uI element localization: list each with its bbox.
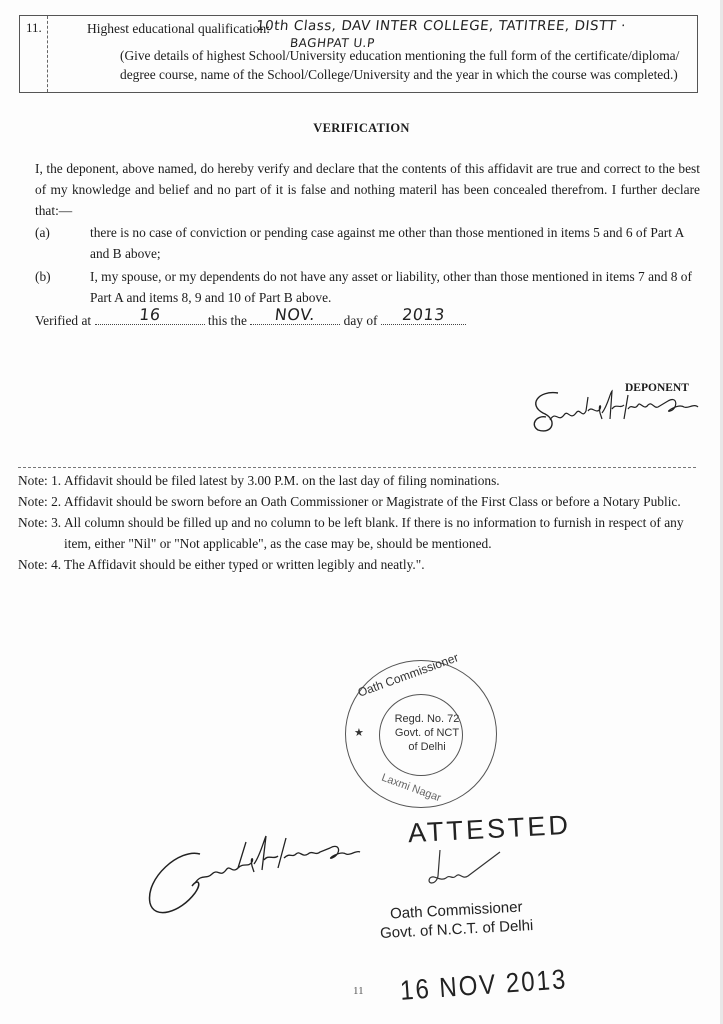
note-item: Note: 1.Affidavit should be filed latest… [18, 470, 708, 491]
clause-label: (a) [35, 222, 50, 243]
day-of-field: 2013 [381, 310, 466, 325]
this-the-field: NOV. [250, 310, 340, 325]
verification-paragraph: I, the deponent, above named, do hereby … [35, 158, 700, 221]
attested-stamp: ATTESTED [407, 810, 571, 849]
date-stamp: 16 NOV 2013 [399, 964, 568, 1008]
clause-b: (b) I, my spouse, or my dependents do no… [35, 266, 705, 308]
verified-at-value: 16 [94, 305, 206, 324]
clause-text: I, my spouse, or my dependents do not ha… [90, 266, 705, 308]
note-label: Note: 1. [18, 470, 61, 491]
notes-list: Note: 1.Affidavit should be filed latest… [18, 470, 708, 575]
clause-label: (b) [35, 266, 51, 287]
qualification-instruction: (Give details of highest School/Universi… [120, 46, 700, 84]
verified-at-label: Verified at [35, 313, 91, 328]
verification-heading: VERIFICATION [0, 121, 723, 136]
note-item: Note: 3.All column should be filled up a… [18, 512, 708, 554]
commissioner-initials [420, 848, 510, 893]
this-the-value: NOV. [249, 305, 341, 324]
note-label: Note: 4. [18, 554, 61, 575]
note-label: Note: 3. [18, 512, 61, 533]
note-item: Note: 4.The Affidavit should be either t… [18, 554, 708, 575]
clause-a: (a) there is no case of conviction or pe… [35, 222, 705, 264]
qualification-label: Highest educational qualification: [87, 21, 270, 37]
seal-inner-text: Regd. No. 72 Govt. of NCT of Delhi [382, 712, 472, 754]
note-item: Note: 2.Affidavit should be sworn before… [18, 491, 708, 512]
qualification-answer: 10th Class, DAV INTER COLLEGE, TATITREE,… [255, 18, 627, 34]
day-of-value: 2013 [380, 305, 467, 324]
deponent-signature [528, 385, 723, 440]
seal-line: Govt. of NCT [382, 726, 472, 740]
star-icon: ★ [354, 726, 364, 739]
attestation-signature [140, 828, 420, 923]
day-of-label: day of [344, 313, 378, 328]
page-number: 11 [353, 985, 364, 997]
note-text: The Affidavit should be either typed or … [64, 557, 425, 572]
note-text: Affidavit should be sworn before an Oath… [64, 494, 681, 509]
seal-line: Regd. No. 72 [382, 712, 472, 726]
item-number: 11. [26, 20, 42, 36]
verified-at-field: 16 [95, 310, 205, 325]
clause-text: there is no case of conviction or pendin… [90, 222, 705, 264]
notes-separator [18, 467, 696, 468]
note-label: Note: 2. [18, 491, 61, 512]
column-divider [47, 16, 48, 92]
this-the-label: this the [208, 313, 247, 328]
seal-line: of Delhi [382, 740, 472, 754]
note-text: All column should be filled up and no co… [64, 515, 684, 551]
verified-line: Verified at 16 this the NOV. day of 2013 [35, 310, 466, 329]
note-text: Affidavit should be filed latest by 3.00… [64, 473, 500, 488]
